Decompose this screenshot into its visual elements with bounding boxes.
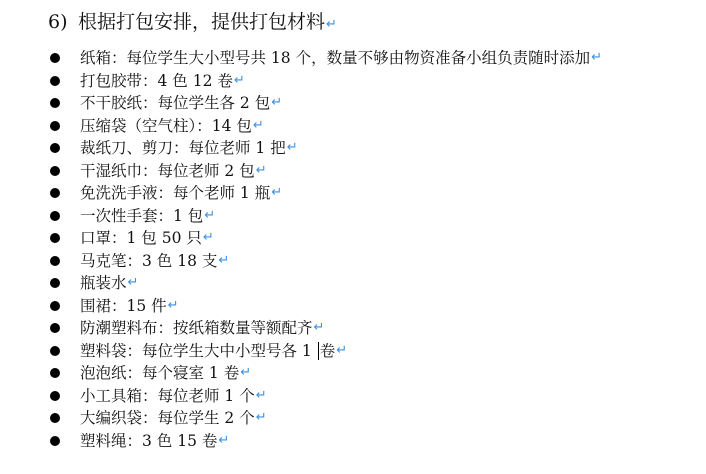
paragraph-mark-icon: ↵ — [203, 227, 214, 250]
item-text: 防潮塑料布：按纸箱数量等额配齐 — [80, 317, 313, 340]
paragraph-mark-icon: ↵ — [256, 385, 267, 408]
heading-text: 根据打包安排，提供打包材料 — [78, 11, 325, 33]
section-heading: 6)根据打包安排，提供打包材料↵ — [48, 9, 337, 38]
paragraph-mark-icon: ↵ — [234, 70, 245, 93]
bullet-icon — [50, 233, 60, 243]
paragraph-mark-icon: ↵ — [271, 92, 282, 115]
paragraph-mark-icon: ↵ — [287, 137, 298, 160]
item-text: 小工具箱：每位老师 1 个 — [80, 385, 255, 408]
item-text-after-cursor: 卷 — [320, 340, 336, 363]
list-item[interactable]: 一次性手套：1 包↵ — [48, 205, 602, 228]
item-text: 压缩袋（空气柱）：14 包 — [80, 115, 252, 138]
paragraph-mark-icon: ↵ — [591, 47, 602, 70]
list-item[interactable]: 瓶装水↵ — [48, 272, 602, 295]
bullet-icon — [50, 256, 60, 266]
bullet-icon — [50, 98, 60, 108]
bullet-icon — [50, 301, 60, 311]
bullet-icon — [50, 143, 60, 153]
list-item[interactable]: 泡泡纸：每个寝室 1 卷↵ — [48, 362, 602, 385]
bullet-icon — [50, 211, 60, 221]
item-text: 瓶装水 — [80, 272, 127, 295]
list-item[interactable]: 免洗洗手液：每个老师 1 瓶↵ — [48, 182, 602, 205]
paragraph-mark-icon: ↵ — [218, 250, 229, 273]
item-text: 大编织袋：每位学生 2 个 — [80, 407, 255, 430]
item-text: 围裙：15 件 — [80, 295, 167, 318]
bullet-icon — [50, 121, 60, 131]
paragraph-mark-icon: ↵ — [336, 340, 347, 363]
paragraph-mark-icon: ↵ — [314, 317, 325, 340]
list-item[interactable]: 小工具箱：每位老师 1 个↵ — [48, 385, 602, 408]
item-text: 打包胶带：4 色 12 卷 — [80, 70, 233, 93]
list-item[interactable]: 口罩：1 包 50 只↵ — [48, 227, 602, 250]
item-text: 干湿纸巾：每位老师 2 包 — [80, 160, 255, 183]
item-text: 马克笔：3 色 18 支 — [80, 250, 217, 273]
paragraph-mark-icon: ↵ — [240, 362, 251, 385]
bullet-icon — [50, 188, 60, 198]
list-item[interactable]: 干湿纸巾：每位老师 2 包↵ — [48, 160, 602, 183]
item-text: 免洗洗手液：每个老师 1 瓶 — [80, 182, 270, 205]
bullet-icon — [50, 346, 60, 356]
bullet-icon — [50, 278, 60, 288]
paragraph-mark-icon: ↵ — [168, 295, 179, 318]
heading-number: 6) — [48, 9, 78, 35]
text-cursor — [318, 342, 319, 360]
item-text: 塑料袋：每位学生大中小型号各 1 — [80, 340, 317, 363]
bullet-icon — [50, 53, 60, 63]
list-item[interactable]: 围裙：15 件↵ — [48, 295, 602, 318]
list-item[interactable]: 裁纸刀、剪刀：每位老师 1 把↵ — [48, 137, 602, 160]
bullet-icon — [50, 76, 60, 86]
paragraph-mark-icon: ↵ — [326, 17, 337, 32]
list-item[interactable]: 马克笔：3 色 18 支↵ — [48, 250, 602, 273]
bullet-icon — [50, 368, 60, 378]
bullet-icon — [50, 391, 60, 401]
list-item[interactable]: 大编织袋：每位学生 2 个↵ — [48, 407, 602, 430]
item-text: 一次性手套：1 包 — [80, 205, 203, 228]
list-item[interactable]: 不干胶纸：每位学生各 2 包↵ — [48, 92, 602, 115]
list-item[interactable]: 压缩袋（空气柱）：14 包↵ — [48, 115, 602, 138]
bullet-icon — [50, 436, 60, 446]
bullet-icon — [50, 323, 60, 333]
paragraph-mark-icon: ↵ — [256, 407, 267, 430]
item-text: 不干胶纸：每位学生各 2 包 — [80, 92, 270, 115]
paragraph-mark-icon: ↵ — [271, 182, 282, 205]
paragraph-mark-icon: ↵ — [256, 160, 267, 183]
materials-list: 纸箱：每位学生大小型号共 18 个，数量不够由物资准备小组负责随时添加↵ 打包胶… — [48, 47, 602, 452]
paragraph-mark-icon: ↵ — [218, 430, 229, 453]
item-text: 泡泡纸：每个寝室 1 卷 — [80, 362, 239, 385]
paragraph-mark-icon: ↵ — [128, 272, 139, 295]
list-item[interactable]: 塑料袋：每位学生大中小型号各 1 卷↵ — [48, 340, 602, 363]
list-item[interactable]: 塑料绳：3 色 15 卷↵ — [48, 430, 602, 453]
item-text: 纸箱：每位学生大小型号共 18 个，数量不够由物资准备小组负责随时添加 — [80, 47, 590, 70]
item-text: 塑料绳：3 色 15 卷 — [80, 430, 217, 453]
paragraph-mark-icon: ↵ — [204, 205, 215, 228]
item-text: 裁纸刀、剪刀：每位老师 1 把 — [80, 137, 286, 160]
list-item[interactable]: 纸箱：每位学生大小型号共 18 个，数量不够由物资准备小组负责随时添加↵ — [48, 47, 602, 70]
list-item[interactable]: 打包胶带：4 色 12 卷↵ — [48, 70, 602, 93]
bullet-icon — [50, 166, 60, 176]
paragraph-mark-icon: ↵ — [253, 115, 264, 138]
bullet-icon — [50, 413, 60, 423]
item-text: 口罩：1 包 50 只 — [80, 227, 202, 250]
list-item[interactable]: 防潮塑料布：按纸箱数量等额配齐↵ — [48, 317, 602, 340]
